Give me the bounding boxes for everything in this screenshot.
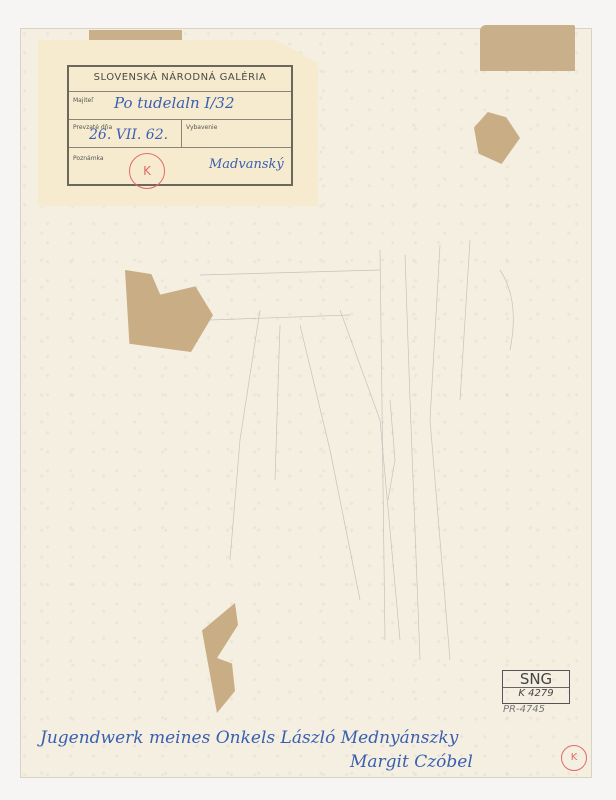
sng-inventory-stamp: SNG K 4279 — [502, 670, 570, 704]
owner-label: Majiteľ — [73, 97, 93, 104]
note-label: Poznámka — [73, 155, 104, 162]
equipment-label: Vybavenie — [186, 124, 217, 131]
secondary-number: PR-4745 — [503, 704, 545, 715]
red-stamp: K — [129, 153, 165, 189]
tape-top-right — [480, 25, 575, 71]
corner-red-stamp: K — [561, 745, 587, 771]
stamp-code: SNG — [503, 671, 569, 687]
received-value: 26. VII. 62. — [89, 127, 168, 143]
stamp-inventory: K 4279 — [503, 687, 569, 699]
owner-value: Po tudelaln I/32 — [114, 94, 234, 112]
label-frame: SLOVENSKÁ NÁRODNÁ GALÉRIA Majiteľ Po tud… — [67, 65, 293, 186]
signature: Madvanský — [209, 157, 284, 172]
inscription-line-1: Jugendwerk meines Onkels László Mednyáns… — [40, 728, 458, 748]
label-title: SLOVENSKÁ NÁRODNÁ GALÉRIA — [69, 72, 291, 83]
inscription-line-2: Margit Czóbel — [350, 752, 473, 772]
